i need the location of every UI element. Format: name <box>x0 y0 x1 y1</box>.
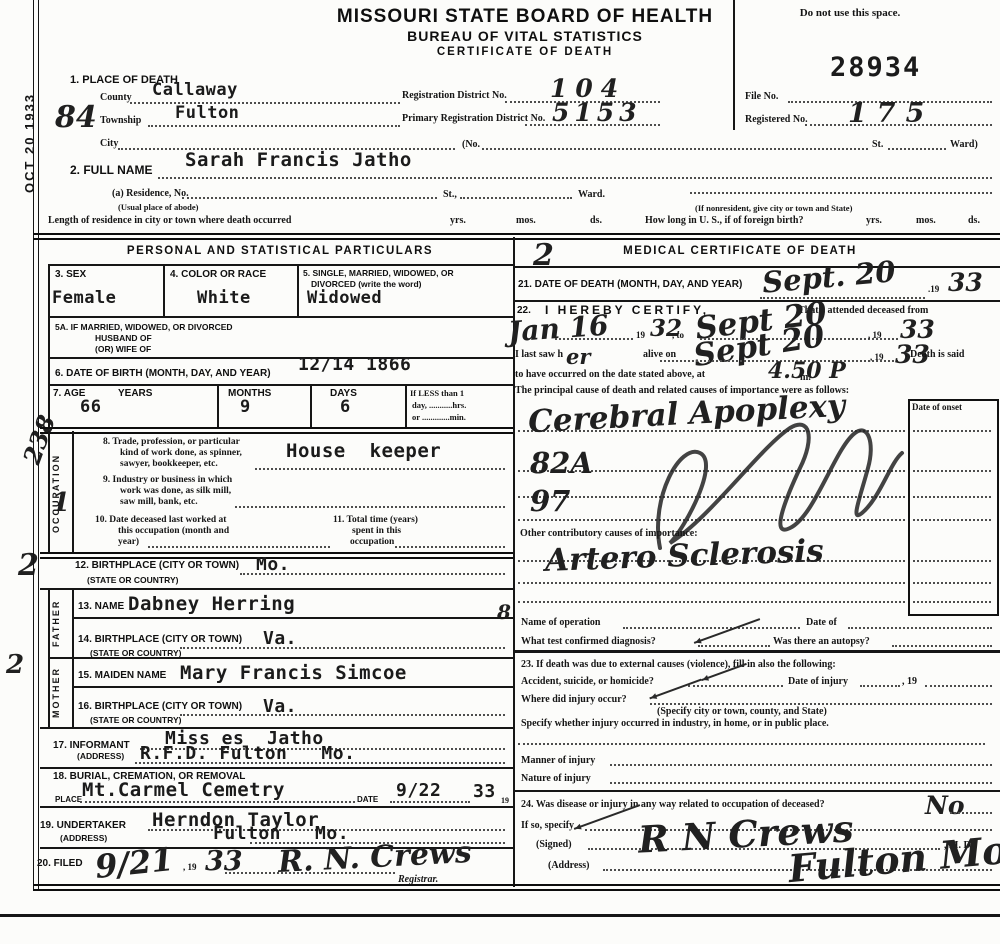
industry-blank-line <box>235 506 505 508</box>
rule <box>297 264 299 316</box>
accident-blank-line <box>688 685 783 687</box>
ds-label-1: ds. <box>590 215 602 226</box>
onset-blank-line <box>913 601 991 603</box>
contributory-label: Other contributory causes of importance: <box>520 528 698 539</box>
county-label: County <box>100 92 132 103</box>
industry-label-2: work was done, as silk mill, <box>120 486 231 496</box>
informant-label: 17. INFORMANT <box>53 740 130 751</box>
rule <box>513 266 1000 268</box>
mos-label-1: mos. <box>516 215 536 226</box>
nature-blank-line <box>610 782 992 784</box>
wife-of-label: (OR) WIFE OF <box>95 344 151 354</box>
mother-maiden-label: 15. MAIDEN NAME <box>78 670 166 681</box>
st-blank-line <box>888 148 946 150</box>
father-name-label: 13. NAME <box>78 601 124 612</box>
page-bottom-line <box>0 914 1000 917</box>
file-no-label: File No. <box>745 91 778 102</box>
mother-birthplace-subnote: (STATE OR COUNTRY) <box>90 715 181 725</box>
last-worked-label-2: this occupation (month and <box>118 526 229 536</box>
abode-note: (Usual place of abode) <box>118 202 199 212</box>
form-left-border <box>33 0 39 890</box>
contributory-blank-line <box>518 601 905 603</box>
rule <box>40 806 513 808</box>
cause-code-97: 97 <box>530 484 570 518</box>
color-race-value: White <box>197 288 251 308</box>
yrs-label-1: yrs. <box>450 215 466 226</box>
contributory-value: Artero Sclerosis <box>544 533 824 579</box>
burial-date-value: 9/22 <box>396 780 441 801</box>
filed-blank-line <box>225 872 395 874</box>
m-label: m. <box>800 372 811 383</box>
last-worked-label-1: 10. Date deceased last worked at <box>95 515 226 525</box>
father-vertical-label: FATHER <box>51 594 69 652</box>
yrs-label-2: yrs. <box>866 215 882 226</box>
undertaker-label: 19. UNDERTAKER <box>40 820 126 831</box>
test-confirmed-label: What test confirmed diagnosis? <box>521 636 656 647</box>
birthplace-label: 12. BIRTHPLACE (CITY OR TOWN) <box>75 560 239 571</box>
total-time-label-3: occupation <box>350 537 394 547</box>
age-years-value: 66 <box>80 397 101 417</box>
death-is-said-label: . Death is said <box>905 349 964 360</box>
margin-mark-8: 8 <box>497 600 511 624</box>
medical-margin-mark-2: 2 <box>533 238 554 273</box>
ward-label: Ward) <box>950 139 978 150</box>
injury-year-blank-line <box>925 685 992 687</box>
mother-maiden-value: Mary Francis Simcoe <box>180 662 407 684</box>
date-of-death-year-value: 33 <box>948 268 983 297</box>
mother-vertical-label: MOTHER <box>51 663 69 723</box>
filed-date-value: 9/21 <box>93 840 175 886</box>
medical-certificate-header: MEDICAL CERTIFICATE OF DEATH <box>560 245 920 257</box>
registration-district-label: Registration District No. <box>402 90 507 101</box>
nature-of-injury-label: Nature of injury <box>521 773 591 784</box>
rule <box>48 588 50 657</box>
checkmark-icon <box>649 679 701 700</box>
residence-label: (a) Residence, No. <box>112 188 189 199</box>
last-worked-label-3: year) <box>118 537 139 547</box>
mother-birthplace-blank-line <box>180 714 505 716</box>
date-of-death-value: Sept. 20 <box>761 254 897 300</box>
st-label: St. <box>872 139 883 150</box>
rule <box>217 384 219 427</box>
father-birthplace-label: 14. BIRTHPLACE (CITY OR TOWN) <box>78 634 242 645</box>
contributory-blank-line <box>518 582 905 584</box>
sex-label: 3. SEX <box>55 269 86 280</box>
undertaker-address-subnote: (ADDRESS) <box>60 833 107 843</box>
where-injury-blank-line <box>650 703 992 705</box>
husband-of-label: HUSBAND OF <box>95 333 152 343</box>
color-race-label: 4. COLOR OR RACE <box>170 269 266 280</box>
death-certificate-document: OCT 20 1933 84 238 1 2 2 8 MISSOURI STAT… <box>0 0 1000 944</box>
related-blank-line <box>950 812 992 814</box>
birthplace-subnote: (STATE OR COUNTRY) <box>87 575 178 585</box>
less-min-label: or .............min. <box>412 412 466 422</box>
title-line-3: CERTIFICATE OF DEATH <box>325 46 725 58</box>
father-birthplace-value: Va. <box>263 628 297 649</box>
rule <box>405 384 407 427</box>
rule <box>72 657 74 727</box>
alive-19-label: , 19 <box>870 352 884 362</box>
filed-19-label: , 19 <box>183 862 197 872</box>
trade-label-1: 8. Trade, profession, or particular <box>103 437 240 447</box>
length-residence-label: Length of residence in city or town wher… <box>48 215 291 226</box>
burial-place-blank-line <box>80 801 355 803</box>
rule <box>72 431 74 552</box>
attended-from-value: Jan 16 <box>507 309 610 349</box>
rule <box>48 384 513 386</box>
address-label: (Address) <box>548 860 589 871</box>
mother-birthplace-label: 16. BIRTHPLACE (CITY OR TOWN) <box>78 701 242 712</box>
burial-year-value: 33 <box>473 781 496 802</box>
marital-label-1: 5. SINGLE, MARRIED, WIDOWED, OR <box>303 268 454 278</box>
how-long-us-label: How long in U. S., if of foreign birth? <box>645 215 803 226</box>
date-of-death-19-label: .19 <box>928 284 939 294</box>
last-saw-label: I last saw h <box>515 349 563 360</box>
filed-label: 20. FILED <box>37 858 83 869</box>
trade-label-3: sawyer, bookkeeper, etc. <box>120 459 218 469</box>
manner-blank-line <box>610 764 992 766</box>
burial-date-blank-line <box>390 801 470 803</box>
industry-label-1: 9. Industry or business in which <box>103 475 232 485</box>
industry-label-3: saw mill, bank, etc. <box>120 497 198 507</box>
total-time-label-2: spent in this <box>352 526 401 536</box>
last-saw-her-value: er <box>566 344 590 369</box>
date-of-birth-label: 6. DATE OF BIRTH (MONTH, DAY, AND YEAR) <box>55 368 271 379</box>
residence-ward-label: Ward. <box>578 189 605 200</box>
top-section-rule <box>33 233 1000 240</box>
specify-whether-label: Specify whether injury occurred in indus… <box>521 718 829 729</box>
less-than-1-label: If LESS than 1 <box>410 388 464 398</box>
rule <box>48 264 50 427</box>
date-of-injury-label: Date of injury <box>788 676 848 687</box>
autopsy-blank-line <box>892 645 992 647</box>
registered-no-value: 175 <box>848 98 934 129</box>
burial-place-value: Mt.Carmel Cemetry <box>82 779 285 801</box>
trade-value: House keeper <box>286 440 441 462</box>
operation-blank-line <box>623 627 800 629</box>
burial-19-label: 19 <box>501 796 509 805</box>
injury-date-blank-line <box>860 685 900 687</box>
occurred-label: to have occurred on the date stated abov… <box>515 369 705 380</box>
no-label: (No. <box>462 139 480 150</box>
rule <box>48 657 513 659</box>
date-of-death-blank-line <box>760 297 925 299</box>
informant-address-blank-line <box>135 762 505 764</box>
margin-mark-84: 84 <box>55 100 97 135</box>
primary-registration-label: Primary Registration District No. <box>402 113 545 124</box>
last-worked-blank-line <box>148 546 330 548</box>
rule <box>72 617 513 619</box>
accident-label: Accident, suicide, or homicide? <box>521 676 654 687</box>
rule <box>163 264 165 316</box>
marital-value: Widowed <box>307 288 382 308</box>
residence-st-label: St., <box>443 189 457 200</box>
city-label: City <box>100 138 118 149</box>
checkmark-icon <box>694 618 760 644</box>
nonresident-note: (If nonresident, give city or town and S… <box>695 203 852 213</box>
title-line-1: MISSOURI STATE BOARD OF HEALTH <box>325 6 725 28</box>
sex-value: Female <box>52 288 116 308</box>
title-line-2: BUREAU OF VITAL STATISTICS <box>325 28 725 44</box>
trade-label-2: kind of work done, as spinner, <box>120 448 242 458</box>
name-of-operation-label: Name of operation <box>521 617 600 628</box>
less-hrs-label: day, ...........hrs. <box>412 400 466 410</box>
autopsy-label: Was there an autopsy? <box>773 636 870 647</box>
rule <box>513 650 1000 653</box>
injury-19-label: , 19 <box>902 676 917 687</box>
rule <box>48 431 50 552</box>
external-causes-label: 23. If death was due to external causes … <box>521 659 836 670</box>
if-married-label: 5A. IF MARRIED, WIDOWED, OR DIVORCED <box>55 322 233 332</box>
full-name-label: 2. FULL NAME <box>70 163 152 177</box>
age-days-value: 6 <box>340 397 351 417</box>
primary-registration-value: 5153 <box>552 98 642 127</box>
test-blank-line <box>698 645 770 647</box>
rule <box>48 316 513 318</box>
margin-mark-2b: 2 <box>6 650 24 680</box>
alive-on-label: alive on <box>643 349 676 360</box>
rule <box>310 384 312 427</box>
do-not-use-label: Do not use this space. <box>770 7 930 19</box>
residence-blank-line <box>182 197 437 199</box>
trade-blank-line <box>255 468 505 470</box>
date-of-death-label: 21. DATE OF DEATH (MONTH, DAY, AND YEAR) <box>518 279 742 290</box>
father-name-value: Dabney Herring <box>128 593 295 615</box>
father-birthplace-blank-line <box>180 647 505 649</box>
related-occupation-value: No <box>925 791 965 820</box>
age-months-value: 9 <box>240 397 251 417</box>
undertaker-address-value: Fulton Mo. <box>213 823 349 844</box>
rule <box>40 767 513 769</box>
birthplace-blank-line <box>240 573 505 575</box>
manner-of-injury-label: Manner of injury <box>521 755 595 766</box>
operation-date-blank-line <box>848 627 992 629</box>
header-divider-line <box>733 0 735 130</box>
signed-label: (Signed) <box>536 839 572 850</box>
residence-st-blank-line <box>460 197 572 199</box>
full-name-value: Sarah Francis Jatho <box>185 149 412 171</box>
township-blank-line <box>148 125 400 127</box>
attended-from-blank-line <box>555 338 633 340</box>
rule <box>48 657 50 727</box>
specify-city-note: (Specify city or town, county, and State… <box>657 706 827 717</box>
rule <box>513 300 1000 302</box>
county-value: Callaway <box>152 80 238 100</box>
where-injury-label: Where did injury occur? <box>521 694 627 705</box>
occupation-vertical-label: OCCUPATION <box>51 443 69 543</box>
registrar-label: Registrar. <box>398 874 438 885</box>
attended-from-19-label: 19 <box>636 330 645 340</box>
informant-address-subnote: (ADDRESS) <box>77 751 124 761</box>
registered-no-label: Registered No. <box>745 114 808 125</box>
rule <box>40 427 513 434</box>
rule <box>40 588 513 590</box>
attended-to-label: , to <box>672 330 684 340</box>
informant-address-value: R.F.D. Fulton Mo. <box>140 743 355 764</box>
rule <box>72 686 513 688</box>
personal-particulars-header: PERSONAL AND STATISTICAL PARTICULARS <box>60 245 500 257</box>
specify-blank-line <box>518 743 985 745</box>
ds-label-2: ds. <box>968 215 980 226</box>
no-blank-line <box>482 148 868 150</box>
nonresident-blank-line <box>690 192 992 194</box>
total-time-blank-line <box>395 546 505 548</box>
township-value: Fulton <box>175 103 239 123</box>
township-label: Township <box>100 115 141 126</box>
rule <box>48 357 513 359</box>
onset-blank-line <box>913 582 991 584</box>
rule <box>72 588 74 657</box>
age-years-label: YEARS <box>118 388 152 399</box>
burial-place-label: PLACE <box>55 795 82 804</box>
date-of-birth-value: 12/14 1866 <box>298 354 411 375</box>
full-name-blank-line <box>158 177 992 179</box>
certificate-number-stamp: 28934 <box>830 52 921 83</box>
county-blank-line <box>130 102 400 104</box>
attended-to-19-label: , 19 <box>868 330 882 340</box>
related-occupation-label: 24. Was disease or injury in any way rel… <box>521 799 825 810</box>
operation-date-label: Date of <box>806 617 837 628</box>
birthplace-value: Mo. <box>256 554 290 575</box>
mos-label-2: mos. <box>916 215 936 226</box>
cause-code-82a: 82A <box>530 446 593 480</box>
rule <box>48 264 513 266</box>
total-time-label-1: 11. Total time (years) <box>333 515 418 525</box>
burial-date-label: DATE <box>357 795 378 804</box>
if-so-specify-label: If so, specify <box>521 820 574 831</box>
